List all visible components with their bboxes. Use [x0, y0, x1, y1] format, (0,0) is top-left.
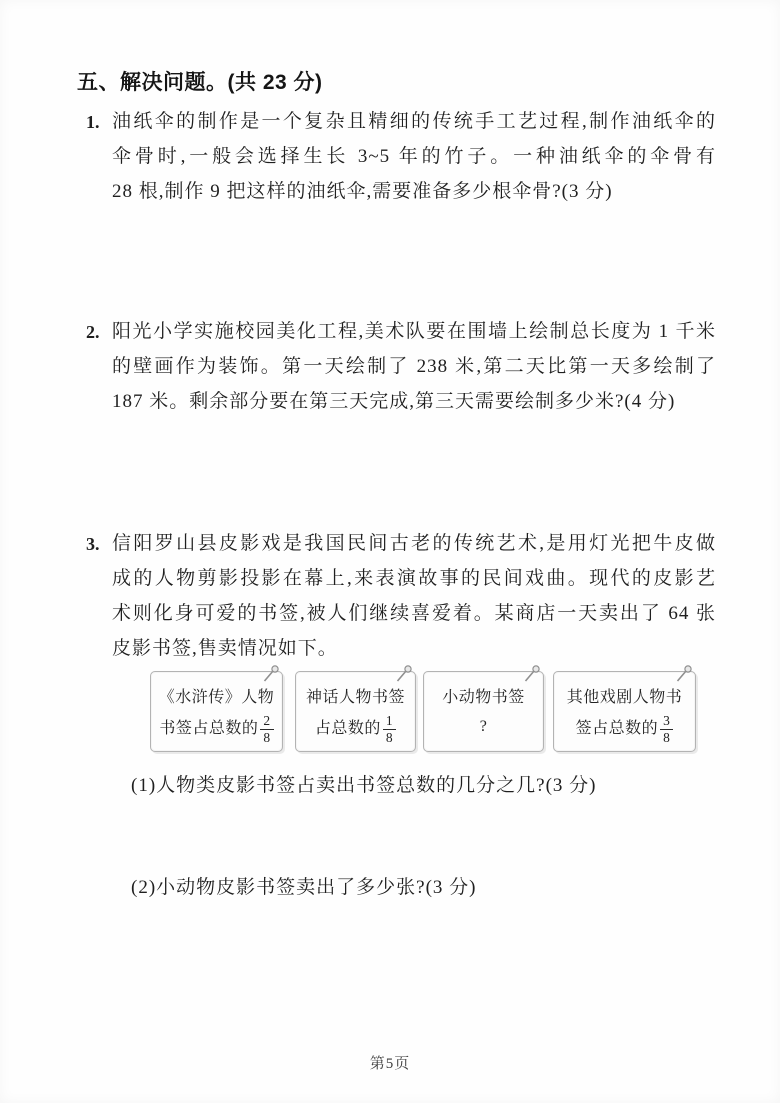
problem-1-line-1: 油纸伞的制作是一个复杂且精细的传统手工艺过程,制作油纸伞的	[112, 104, 716, 139]
bookmark-card-shuihu: 《水浒传》人物 书签占总数的 2 8	[150, 671, 283, 752]
problem-2-number: 2.	[86, 322, 100, 343]
fraction-numerator: 2	[260, 714, 273, 729]
card-text-line: 占总数的	[315, 715, 381, 738]
problem-1: 1. 油纸伞的制作是一个复杂且精细的传统手工艺过程,制作油纸伞的 伞骨时,一般会…	[112, 104, 716, 209]
problem-2-line-3: 187 米。剩余部分要在第三天完成,第三天需要绘制多少米?(4 分)	[112, 384, 716, 419]
problem-2-line-2: 的壁画作为装饰。第一天绘制了 238 米,第二天比第一天多绘制了	[112, 349, 716, 384]
section-heading: 五、解决问题。(共 23 分)	[77, 66, 323, 96]
problem-1-line-2: 伞骨时,一般会选择生长 3~5 年的竹子。一种油纸伞的伞骨有	[112, 139, 716, 174]
fraction-denominator: 8	[383, 729, 396, 745]
fraction-numerator: 3	[660, 714, 673, 729]
fraction: 3 8	[660, 714, 673, 745]
problem-3-number: 3.	[86, 534, 100, 555]
sub-question-2: (2)小动物皮影书签卖出了多少张?(3 分)	[131, 872, 477, 899]
problem-3-line-2: 成的人物剪影投影在幕上,来表演故事的民间戏曲。现代的皮影艺	[112, 561, 716, 596]
problem-2-line-1: 阳光小学实施校园美化工程,美术队要在围墙上绘制总长度为 1 千米	[112, 314, 716, 349]
problem-3-line-3: 术则化身可爱的书签,被人们继续喜爱着。某商店一天卖出了 64 张	[112, 596, 716, 631]
page-number: 第5页	[0, 1052, 780, 1073]
push-pin-icon	[522, 664, 542, 684]
card-text-line: 《水浒传》人物	[157, 680, 276, 711]
card-text-line: 神话人物书签	[302, 680, 409, 711]
worksheet-page: 五、解决问题。(共 23 分) 1. 油纸伞的制作是一个复杂且精细的传统手工艺过…	[0, 0, 780, 1103]
bookmark-card-animals: 小动物书签 ?	[423, 671, 544, 752]
card-question-mark: ?	[430, 711, 537, 742]
problem-1-number: 1.	[86, 112, 100, 133]
problem-2: 2. 阳光小学实施校园美化工程,美术队要在围墙上绘制总长度为 1 千米 的壁画作…	[112, 314, 716, 419]
card-text-line: 其他戏剧人物书	[560, 680, 689, 711]
card-text-line: 小动物书签	[430, 680, 537, 711]
push-pin-icon	[261, 664, 281, 684]
bookmark-cards-row: 《水浒传》人物 书签占总数的 2 8 神话人物书签	[150, 671, 710, 754]
bookmark-card-mythical: 神话人物书签 占总数的 1 8	[295, 671, 416, 752]
sub-question-1: (1)人物类皮影书签占卖出书签总数的几分之几?(3 分)	[131, 770, 597, 797]
card-text-line: 书签占总数的	[159, 715, 258, 738]
push-pin-icon	[394, 664, 414, 684]
problem-3: 3. 信阳罗山县皮影戏是我国民间古老的传统艺术,是用灯光把牛皮做 成的人物剪影投…	[112, 526, 716, 666]
problem-3-line-4: 皮影书签,售卖情况如下。	[112, 631, 716, 666]
card-text-line: 签占总数的	[576, 715, 659, 738]
fraction: 1 8	[383, 714, 396, 745]
bookmark-card-other-drama: 其他戏剧人物书 签占总数的 3 8	[553, 671, 696, 752]
fraction-denominator: 8	[260, 729, 273, 745]
fraction: 2 8	[260, 714, 273, 745]
problem-1-line-3: 28 根,制作 9 把这样的油纸伞,需要准备多少根伞骨?(3 分)	[112, 174, 716, 209]
fraction-numerator: 1	[383, 714, 396, 729]
push-pin-icon	[674, 664, 694, 684]
problem-3-line-1: 信阳罗山县皮影戏是我国民间古老的传统艺术,是用灯光把牛皮做	[112, 526, 716, 561]
fraction-denominator: 8	[660, 729, 673, 745]
